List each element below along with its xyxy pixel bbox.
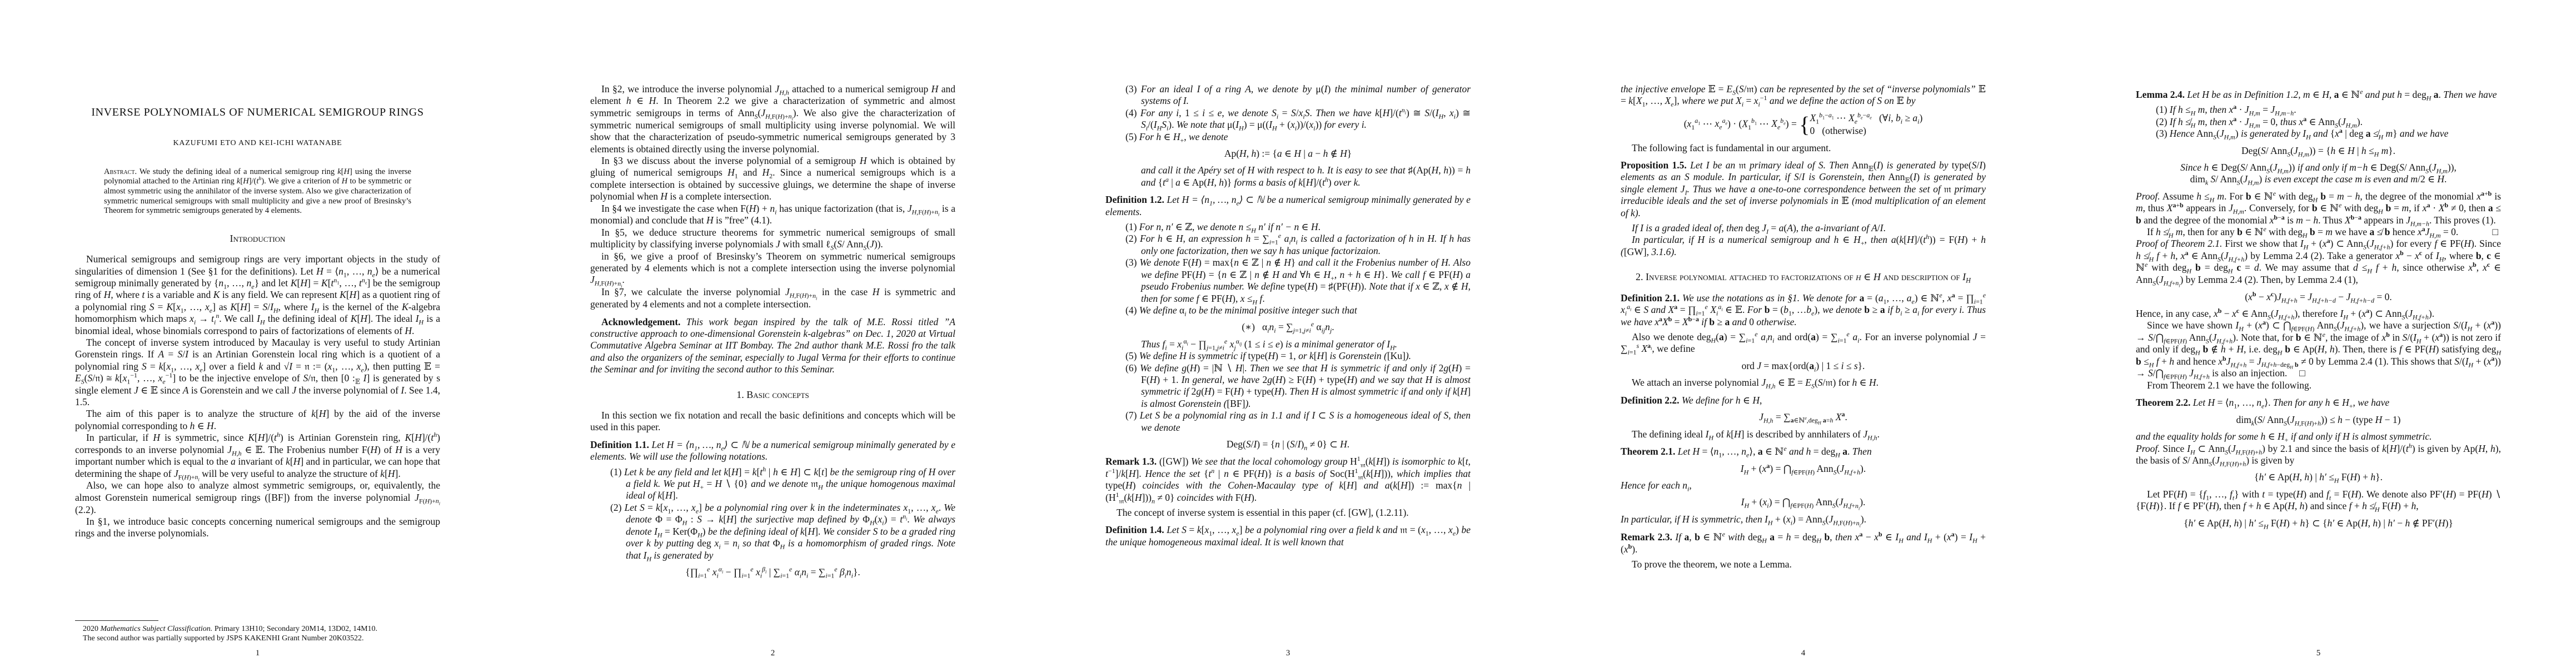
definition-2-2: Definition 2.2. We define for h ∈ H, <box>1621 395 1986 406</box>
block-p: In particular, if H is symmetric, since … <box>75 432 440 480</box>
page-number: 3 <box>1030 649 1546 658</box>
block-pn: Proof. Since IH ⊂ AnnS(JH,F(H)+h) by 2.1… <box>2136 443 2501 467</box>
block-disp: Deg(S/ AnnS(JH,m)) = {h ∈ H | h ≤H m}. <box>2136 145 2501 157</box>
block-p: In §3 we discuss about the inverse polyn… <box>590 155 955 203</box>
block-disp: ord J = max{ord(ai) | 1 ≤ i ≤ s}. <box>1621 360 1986 372</box>
definition-1-2: Definition 1.2. Let H = ⟨n1, …, ne⟩ ⊂ ℕ … <box>1105 194 1471 218</box>
block-p: in §6, we give a proof of Bresinsky’s Th… <box>590 251 955 287</box>
footnotes: 2020 Mathematics Subject Classification.… <box>75 620 440 644</box>
definition-1-1: Definition 1.1. Let H = ⟨n1, …, ne⟩ ⊂ ℕ … <box>590 439 955 463</box>
paper-title: INVERSE POLYNOMIALS OF NUMERICAL SEMIGRO… <box>75 107 440 118</box>
block-item: (5) We define H is symmetric if type(H) … <box>1105 350 1471 362</box>
block-p: Since we have shown IH + (xa) ⊂ ⋂f∈PF(H)… <box>2136 320 2501 380</box>
block-p: From Theorem 2.1 we have the following. <box>2136 380 2501 391</box>
page-3: (3) For an ideal I of a ring A, we denot… <box>1030 0 1546 667</box>
block-p: The defining ideal IH of k[H] is describ… <box>1621 429 1986 440</box>
block-item: (4) For any i, 1 ≤ i ≤ e, we denote Si =… <box>1105 107 1471 131</box>
page-number: 5 <box>2061 649 2576 658</box>
remark-2-3: Remark 2.3. If a, b ∈ ℕe with degH a = h… <box>1621 531 1986 555</box>
block-item: (1) Let k be any field and let k[H] = k[… <box>590 466 955 502</box>
page-4: the injective envelope 𝔼 = ES(S/𝔪) can b… <box>1546 0 2061 667</box>
block-item: (3) We denote F(H) = max{n ∈ ℤ | n ∉ H} … <box>1105 257 1471 305</box>
section-1-basic-concepts: 1. Basic concepts <box>590 389 955 401</box>
page-2: In §2, we introduce the inverse polynomi… <box>515 0 1030 667</box>
block-item: (1) For n, n′ ∈ ℤ, we denote n ≤H n′ if … <box>1105 221 1471 233</box>
block-item: (2) For h ∈ H, an expression h = ∑i=1e a… <box>1105 233 1471 257</box>
abstract: Abstract. We study the defining ideal of… <box>104 167 411 216</box>
block-p: Also, we can hope also to analyze almost… <box>75 480 440 516</box>
block-disp: (xb − xc)JH,f+h = JH,f+h−d − JH,f+h−d = … <box>2136 291 2501 303</box>
block-item: (5) For h ∈ H+, we denote <box>1105 131 1471 143</box>
block-p: The aim of this paper is to analyze the … <box>75 408 440 432</box>
remark-1-3: Remark 1.3. ([GW]) We see that the local… <box>1105 456 1471 504</box>
section-2: 2. Inverse polynomial attached to factor… <box>1621 271 1986 283</box>
block-item: (1) If h ≤H m, then xa · JH,m = JH,m−h. <box>2136 104 2501 116</box>
block-itemc: and call it the Apéry set of H with resp… <box>1105 165 1471 188</box>
page-5: Lemma 2.4. Let H be as in Definition 1.2… <box>2061 0 2576 667</box>
block-item: (7) Let S be a polynomial ring as in 1.1… <box>1105 410 1471 434</box>
section-introduction: Introduction <box>75 233 440 245</box>
block-p: The concept of inverse system is essenti… <box>1105 507 1471 519</box>
block-item: (2) If h ≰H m, then xa · JH,m = 0, thus … <box>2136 116 2501 128</box>
theorem-2-1: Theorem 2.1. Let H = ⟨n1, …, ne⟩, a ∈ ℕe… <box>1621 446 1986 457</box>
block-item: (3) Hence AnnS(JH,m) is generated by IH … <box>2136 128 2501 140</box>
block-p: In §2, we introduce the inverse polynomi… <box>590 83 955 155</box>
block-item: (2) Let S = k[x1, …, xe] be a polynomial… <box>590 502 955 561</box>
pages-container: INVERSE POLYNOMIALS OF NUMERICAL SEMIGRO… <box>0 0 2576 667</box>
page-number: 2 <box>515 649 1030 658</box>
block-p: If I is a graded ideal of, then deg JI =… <box>1621 222 1986 234</box>
block-pn: Proof. Assume h ≤H m. For b ∈ ℕe with de… <box>2136 191 2501 226</box>
block-p: We attach an inverse polynomial JH,h ∈ 𝔼… <box>1621 377 1986 389</box>
block-p: In §7, we calculate the inverse polynomi… <box>590 286 955 310</box>
footnote: 2020 Mathematics Subject Classification.… <box>75 624 440 634</box>
page-number: 4 <box>1546 649 2061 658</box>
block-p: If h ≰H m, then for any b ∈ ℕe with degH… <box>2136 226 2501 238</box>
acknowledgement: Acknowledgement. This work began inspire… <box>590 316 955 376</box>
page-1: INVERSE POLYNOMIALS OF NUMERICAL SEMIGRO… <box>0 0 515 667</box>
block-disp: dimk(S/ AnnS(JH,F(H)+h)) ≤ h − (type H −… <box>2136 414 2501 426</box>
block-item: (3) For an ideal I of a ring A, we denot… <box>1105 83 1471 107</box>
paper-authors: KAZUFUMI ETO AND KEI-ICHI WATANABE <box>75 137 440 149</box>
block-disp: Ap(H, h) := {a ∈ H | a − h ∉ H} <box>1105 148 1471 160</box>
block-p: In §4 we investigate the case when F(H) … <box>590 203 955 227</box>
block-pn: Hence, in any case, xb − xc ∈ AnnS(JH,f+… <box>2136 308 2501 320</box>
definition-1-4: Definition 1.4. Let S = k[x1, …, xe] be … <box>1105 524 1471 548</box>
proposition-1-5: Proposition 1.5. Let I be an 𝔪 primary i… <box>1621 160 1986 219</box>
block-p: In this section we fix notation and reca… <box>590 410 955 434</box>
block-p: In §1, we introduce basic concepts conce… <box>75 516 440 540</box>
lemma-2-4: Lemma 2.4. Let H be as in Definition 1.2… <box>2136 89 2501 101</box>
block-p: Let PF(H) = {f1, …, ft} with t = type(H)… <box>2136 489 2501 512</box>
paper-document: arXiv:2108.04513v1 [math.AC] 10 Aug 2021… <box>0 0 2576 667</box>
block-p: In particular, if H is a numerical semig… <box>1621 234 1986 258</box>
block-itemc: Thus fi = xiαi − ∏j=1,j≠ie xjαij (1 ≤ i … <box>1105 339 1471 350</box>
page-number: 1 <box>0 649 515 658</box>
block-p: Numerical semigroups and semigroup rings… <box>75 253 440 337</box>
block-pn: the injective envelope 𝔼 = ES(S/𝔪) can b… <box>1621 83 1986 107</box>
block-disp: IH + (xa) = ⋂f∈PF(H) AnnS(JH,f+h). <box>1621 463 1986 475</box>
block-disp: {∏i=1e xiαi − ∏i=1e xiβi | ∑i=1e αini = … <box>590 566 955 578</box>
block-item: (6) We define g(H) = |ℕ ∖ H|. Then we se… <box>1105 362 1471 410</box>
theorem-2-2: Theorem 2.2. Let H = ⟨n1, …, ne⟩. Then f… <box>2136 397 2501 409</box>
block-pn: In particular, if H is symmetric, then I… <box>1621 514 1986 526</box>
block-p: To prove the theorem, we note a Lemma. <box>1621 559 1986 570</box>
block-p: The concept of inverse system introduced… <box>75 337 440 408</box>
block-disp: (∗) αini = ∑j=1,j≠ie αijnj. <box>1105 321 1471 333</box>
block-disp: (x1a1 ⋯ xeae) · (X1b1 ⋯ Xebe) = {X1b1−a1… <box>1621 112 1986 137</box>
block-p: In §5, we deduce structure theorems for … <box>590 227 955 251</box>
block-disp: {h′ ∈ Ap(H, h) | h′ ≤H F(H) + h}. <box>2136 471 2501 483</box>
block-item: (4) We define αi to be the minimal posit… <box>1105 305 1471 316</box>
block-p: Also we denote degH(a) = ∑i=1e aini and … <box>1621 331 1986 355</box>
block-p: The following fact is fundamental in our… <box>1621 142 1986 154</box>
block-disp: IH + (xi) = ⋂f∈PF(H) AnnS(JH,f+ni). <box>1621 496 1986 509</box>
block-disp: {h′ ∈ Ap(H, h) | h′ ≤H F(H) + h} ⊂ {h′ ∈… <box>2136 517 2501 529</box>
footnote: The second author was partially supporte… <box>75 634 440 644</box>
block-disp: JH,h = ∑a∈ℕe,degH a=h Xa. <box>1621 411 1986 424</box>
definition-2-1: Definition 2.1. We use the notations as … <box>1621 292 1986 328</box>
block-disp: Deg(S/I) = {n | (S/I)n ≠ 0} ⊂ H. <box>1105 439 1471 450</box>
block-pn: and the equality holds for some h ∈ H+ i… <box>2136 431 2501 442</box>
block-disp: Since h ∈ Deg(S/ AnnS(JH,m)) if and only… <box>2136 162 2501 186</box>
block-pn: Hence for each ni, <box>1621 480 1986 491</box>
block-pn: Proof of Theorem 2.1. First we show that… <box>2136 238 2501 286</box>
